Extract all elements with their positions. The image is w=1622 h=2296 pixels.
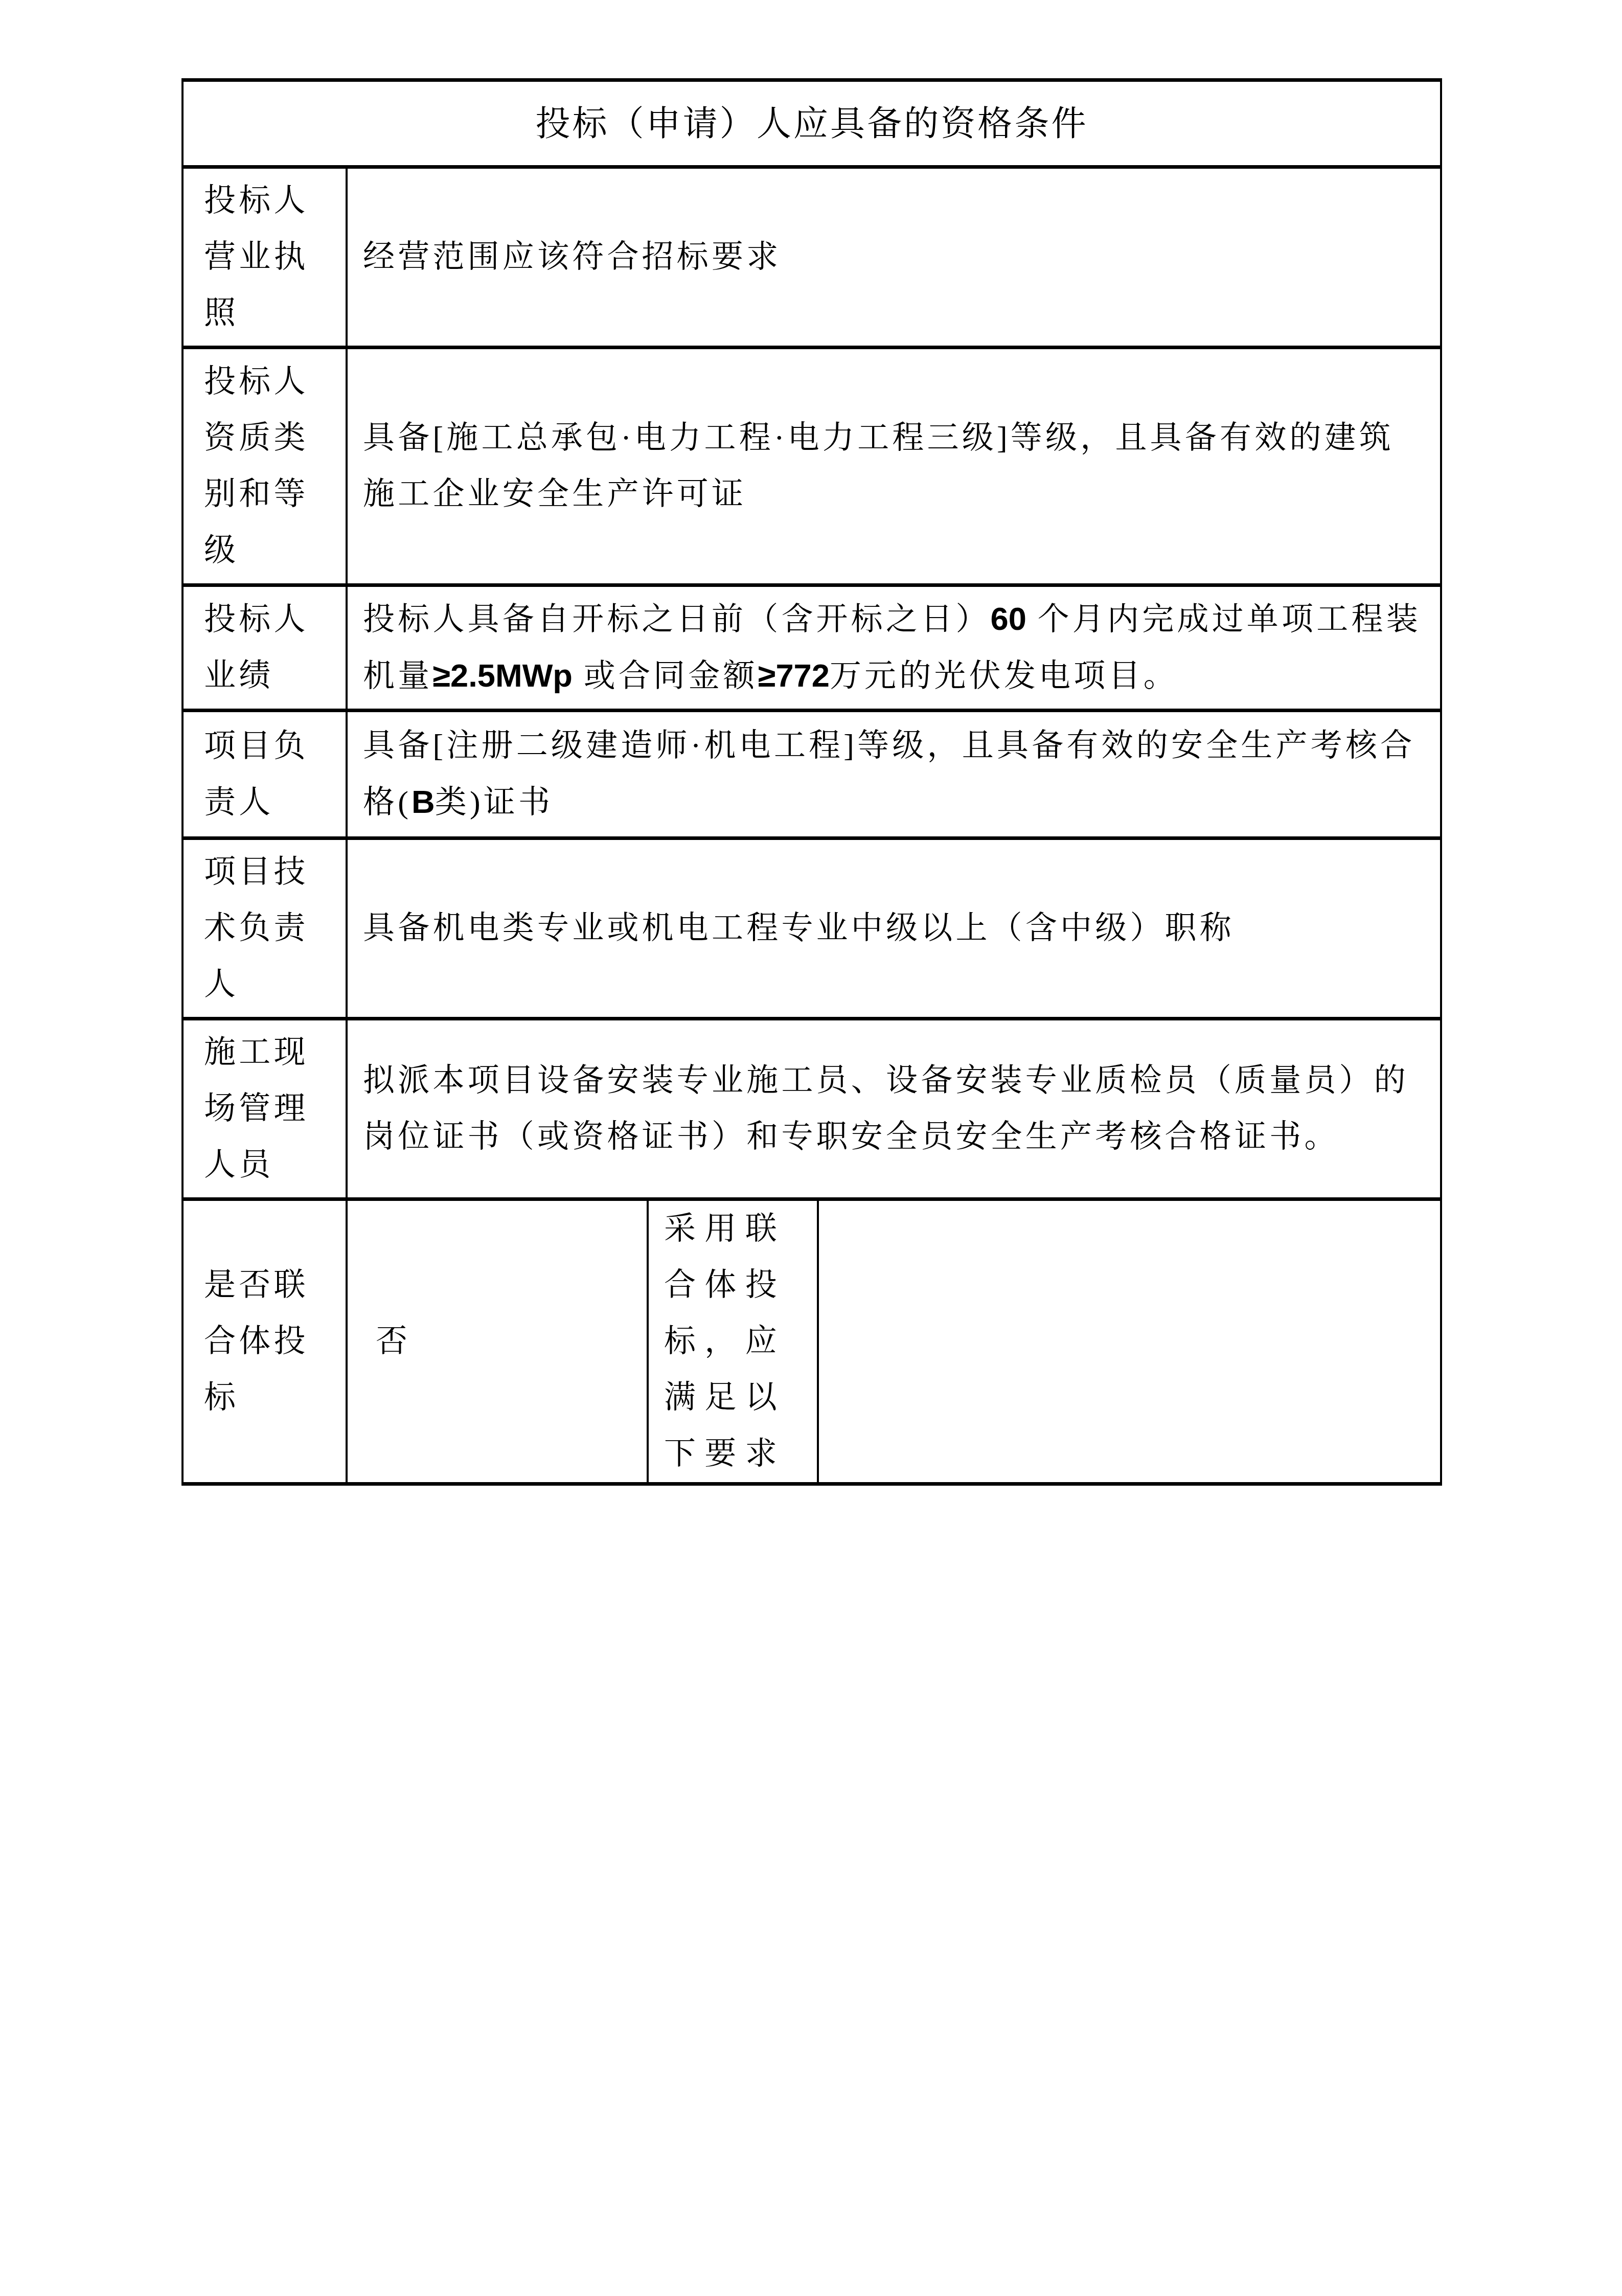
joint-venture-condition: 采用联合体投标，应满足以下要求 [648, 1199, 818, 1484]
joint-venture-row: 是否联合体投标 否 采用联合体投标，应满足以下要求 [182, 1199, 1441, 1484]
content-qualification-grade: 具备[施工总承包·电力工程·电力工程三级]等级，且具备有效的建筑施工企业安全生产… [347, 348, 1441, 585]
table-row: 项目负责人 具备[注册二级建造师·机电工程]等级，且具备有效的安全生产考核合格(… [182, 711, 1441, 838]
content-technical-manager: 具备机电类专业或机电工程专业中级以上（含中级）职称 [347, 838, 1441, 1019]
text-segment: 具备机电类专业或机电工程专业中级以上（含中级）职称 [363, 911, 1235, 946]
text-segment: 投标人具备自开标之日前（含开标之日） [363, 602, 991, 637]
label-project-manager: 项目负责人 [182, 711, 347, 838]
label-business-license: 投标人营业执照 [182, 167, 347, 348]
text-segment: 60 [991, 601, 1026, 637]
joint-venture-answer: 否 [347, 1199, 648, 1484]
label-qualification-grade: 投标人资质类别和等级 [182, 348, 347, 585]
text-segment: ≥772 [758, 658, 830, 694]
label-technical-manager: 项目技术负责人 [182, 838, 347, 1019]
text-segment: 万元的光伏发电项目。 [830, 659, 1178, 694]
table-row: 投标人业绩 投标人具备自开标之日前（含开标之日）60 个月内完成过单项工程装机量… [182, 585, 1441, 711]
label-bidder-performance: 投标人业绩 [182, 585, 347, 711]
document-page: 投标（申请）人应具备的资格条件 投标人营业执照 经营范围应该符合招标要求 投标人… [0, 0, 1622, 2296]
content-bidder-performance: 投标人具备自开标之日前（含开标之日）60 个月内完成过单项工程装机量≥2.5MW… [347, 585, 1441, 711]
label-site-management-staff: 施工现场管理人员 [182, 1019, 347, 1199]
content-site-management-staff: 拟派本项目设备安装专业施工员、设备安装专业质检员（质量员）的岗位证书（或资格证书… [347, 1019, 1441, 1199]
text-segment: ≥2.5MWp [432, 658, 573, 694]
text-segment: 具备[施工总承包·电力工程·电力工程三级]等级，且具备有效的建筑施工企业安全生产… [363, 421, 1394, 512]
text-segment: B [412, 784, 435, 820]
text-segment: 或合同金额 [573, 659, 758, 694]
text-segment: 经营范围应该符合招标要求 [363, 240, 781, 275]
text-segment: 类)证书 [435, 785, 553, 820]
title-row: 投标（申请）人应具备的资格条件 [182, 80, 1441, 167]
content-project-manager: 具备[注册二级建造师·机电工程]等级，且具备有效的安全生产考核合格(B类)证书 [347, 711, 1441, 838]
joint-venture-detail [818, 1199, 1441, 1484]
table-row: 投标人营业执照 经营范围应该符合招标要求 [182, 167, 1441, 348]
table-row: 投标人资质类别和等级 具备[施工总承包·电力工程·电力工程三级]等级，且具备有效… [182, 348, 1441, 585]
table-row: 项目技术负责人 具备机电类专业或机电工程专业中级以上（含中级）职称 [182, 838, 1441, 1019]
table-row: 施工现场管理人员 拟派本项目设备安装专业施工员、设备安装专业质检员（质量员）的岗… [182, 1019, 1441, 1199]
label-joint-venture: 是否联合体投标 [182, 1199, 347, 1484]
content-business-license: 经营范围应该符合招标要求 [347, 167, 1441, 348]
text-segment: 拟派本项目设备安装专业施工员、设备安装专业质检员（质量员）的岗位证书（或资格证书… [363, 1063, 1409, 1154]
table-title: 投标（申请）人应具备的资格条件 [182, 80, 1441, 167]
qualification-table: 投标（申请）人应具备的资格条件 投标人营业执照 经营范围应该符合招标要求 投标人… [181, 78, 1442, 1486]
